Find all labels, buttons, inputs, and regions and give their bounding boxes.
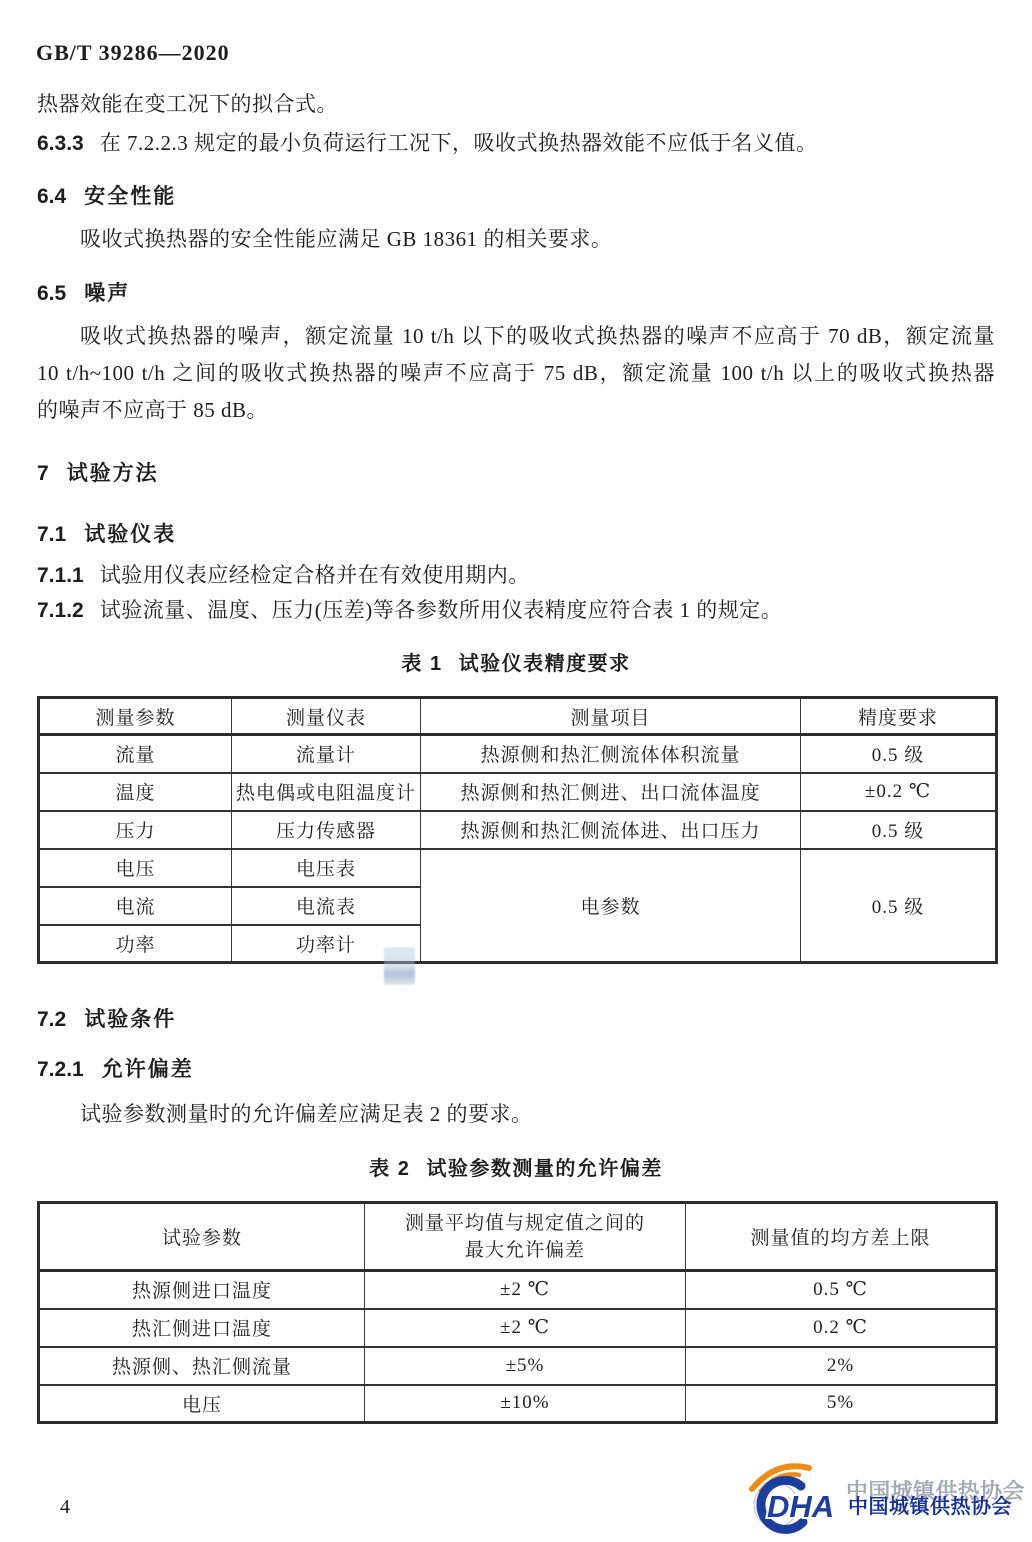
table-cell: ±10% [365, 1385, 686, 1423]
document-page: GB/T 39286—2020 热器效能在变工况下的拟合式。 6.3.3在 7.… [0, 0, 1032, 1542]
heading-number: 7 [37, 462, 49, 485]
table-row: 电压 电压表 电参数 0.5 级 [39, 849, 997, 887]
heading-7-2-1: 7.2.1允许偏差 [37, 1053, 995, 1083]
paragraph-line: 吸收式换热器的噪声，额定流量 10 t/h 以下的吸收式换热器的噪声不应高于 7… [37, 318, 995, 355]
paragraph-6-5: 吸收式换热器的噪声，额定流量 10 t/h 以下的吸收式换热器的噪声不应高于 7… [37, 318, 995, 429]
table-cell: ±5% [365, 1347, 686, 1385]
heading-title: 安全性能 [84, 185, 176, 208]
org-name: 中国城镇供热协会 中国城镇供热协会 [848, 1488, 1023, 1532]
heading-number: 7.1 [37, 523, 66, 546]
paragraph-6-4: 吸收式换热器的安全性能应满足 GB 18361 的相关要求。 [37, 227, 995, 251]
table-cell: 5% [686, 1385, 997, 1423]
table-row: 压力 压力传感器 热源侧和热汇侧流体进、出口压力 0.5 级 [39, 811, 997, 849]
table-cell: ±2 ℃ [365, 1271, 686, 1309]
table-instrument-accuracy: 测量参数 测量仪表 测量项目 精度要求 流量 流量计 热源侧和热汇侧流体体积流量… [37, 696, 998, 964]
column-header: 测量仪表 [232, 698, 421, 735]
table-cell-merged: 0.5 级 [801, 849, 997, 963]
table-cell: 流量计 [232, 735, 421, 773]
table-row: 流量 流量计 热源侧和热汇侧流体体积流量 0.5 级 [39, 735, 997, 773]
cdha-logo-icon: DHA [745, 1456, 855, 1538]
clause-number: 7.1.2 [37, 599, 84, 622]
paragraph-carryover: 热器效能在变工况下的拟合式。 [37, 92, 995, 116]
clause-7-1-2: 7.1.2试验流量、温度、压力(压差)等各参数所用仪表精度应符合表 1 的规定。 [37, 598, 995, 623]
column-header: 精度要求 [801, 698, 997, 735]
heading-6-4: 6.4安全性能 [37, 180, 995, 210]
heading-title: 试验方法 [67, 462, 159, 485]
table-cell: 电压 [39, 1385, 365, 1423]
heading-7: 7试验方法 [37, 457, 995, 487]
paragraph-line: 10 t/h~100 t/h 之间的吸收式换热器的噪声不应高于 75 dB，额定… [37, 355, 995, 392]
table-allowed-deviation: 试验参数 测量平均值与规定值之间的 最大允许偏差 测量值的均方差上限 热源侧进口… [37, 1201, 998, 1424]
table-cell: 0.5 ℃ [686, 1271, 997, 1309]
table-cell: 电压 [39, 849, 232, 887]
heading-title: 试验仪表 [84, 523, 176, 546]
clause-text: 试验用仪表应经检定合格并在有效使用期内。 [100, 563, 530, 587]
heading-number: 6.5 [37, 282, 66, 305]
clause-6-3-3: 6.3.3在 7.2.2.3 规定的最小负荷运行工况下，吸收式换热器效能不应低于… [37, 131, 995, 156]
table-header-row: 测量参数 测量仪表 测量项目 精度要求 [39, 698, 997, 735]
table-cell: 电压表 [232, 849, 421, 887]
table-cell: 热电偶或电阻温度计 [232, 773, 421, 811]
table-cell: 热源侧和热汇侧流体进、出口压力 [421, 811, 801, 849]
heading-title: 试验条件 [84, 1008, 176, 1031]
paragraph-line: 的噪声不应高于 85 dB。 [37, 392, 995, 429]
table-cell: 电流表 [232, 887, 421, 925]
table-cell: 2% [686, 1347, 997, 1385]
table-cell: 0.5 级 [801, 811, 997, 849]
cdha-logo: DHA 中国城镇供热协会 中国城镇供热协会 [745, 1456, 1025, 1538]
table-cell: 功率 [39, 925, 232, 963]
table-cell: 0.5 级 [801, 735, 997, 773]
table-cell: 流量 [39, 735, 232, 773]
table-cell-merged: 电参数 [421, 849, 801, 963]
table-cell: ±0.2 ℃ [801, 773, 997, 811]
page-number: 4 [60, 1496, 70, 1519]
table-row: 电压 ±10% 5% [39, 1385, 997, 1423]
table-row: 热源侧进口温度 ±2 ℃ 0.5 ℃ [39, 1271, 997, 1309]
heading-7-1: 7.1试验仪表 [37, 518, 995, 548]
table-cell: 温度 [39, 773, 232, 811]
table-cell: ±2 ℃ [365, 1309, 686, 1347]
clause-7-1-1: 7.1.1试验用仪表应经检定合格并在有效使用期内。 [37, 563, 995, 588]
column-header-line: 测量平均值与规定值之间的 [369, 1210, 681, 1237]
table-cell: 热源侧和热汇侧流体体积流量 [421, 735, 801, 773]
heading-7-2: 7.2试验条件 [37, 1003, 995, 1033]
column-header: 测量项目 [421, 698, 801, 735]
heading-6-5: 6.5噪声 [37, 277, 995, 307]
table-cell: 热源侧进口温度 [39, 1271, 365, 1309]
clause-text: 在 7.2.2.3 规定的最小负荷运行工况下，吸收式换热器效能不应低于名义值。 [100, 131, 818, 155]
heading-number: 6.4 [37, 185, 66, 208]
paragraph-7-2-1: 试验参数测量时的允许偏差应满足表 2 的要求。 [37, 1102, 995, 1126]
logo-abbr-text: DHA [767, 1489, 834, 1524]
table-cell: 压力传感器 [232, 811, 421, 849]
table-row: 热汇侧进口温度 ±2 ℃ 0.2 ℃ [39, 1309, 997, 1347]
table-cell: 热汇侧进口温度 [39, 1309, 365, 1347]
table-row: 热源侧、热汇侧流量 ±5% 2% [39, 1347, 997, 1385]
table-caption-label: 表 1 [401, 653, 442, 675]
watermark-stamp [384, 947, 415, 985]
table-cell: 热源侧、热汇侧流量 [39, 1347, 365, 1385]
clause-number: 6.3.3 [37, 132, 84, 155]
table-row: 温度 热电偶或电阻温度计 热源侧和热汇侧进、出口流体温度 ±0.2 ℃ [39, 773, 997, 811]
column-header: 试验参数 [39, 1203, 365, 1271]
heading-number: 7.2 [37, 1008, 66, 1031]
column-header: 测量值的均方差上限 [686, 1203, 997, 1271]
heading-title: 噪声 [84, 282, 130, 305]
table-cell: 压力 [39, 811, 232, 849]
table2-caption: 表 2试验参数测量的允许偏差 [37, 1152, 995, 1181]
heading-number: 7.2.1 [37, 1058, 84, 1081]
column-header: 测量参数 [39, 698, 232, 735]
table-header-row: 试验参数 测量平均值与规定值之间的 最大允许偏差 测量值的均方差上限 [39, 1203, 997, 1271]
table1-caption: 表 1试验仪表精度要求 [37, 647, 995, 676]
doc-number: GB/T 39286—2020 [36, 40, 230, 66]
clause-number: 7.1.1 [37, 564, 84, 587]
table-caption-title: 试验参数测量的允许偏差 [426, 1158, 663, 1180]
column-header: 测量平均值与规定值之间的 最大允许偏差 [365, 1203, 686, 1271]
heading-title: 允许偏差 [102, 1058, 194, 1081]
table-cell: 电流 [39, 887, 232, 925]
clause-text: 试验流量、温度、压力(压差)等各参数所用仪表精度应符合表 1 的规定。 [100, 598, 782, 622]
table-cell: 热源侧和热汇侧进、出口流体温度 [421, 773, 801, 811]
column-header-line: 最大允许偏差 [369, 1237, 681, 1264]
table-cell: 0.2 ℃ [686, 1309, 997, 1347]
org-name-text: 中国城镇供热协会 [848, 1490, 1012, 1519]
table-caption-title: 试验仪表精度要求 [459, 653, 631, 675]
table-caption-label: 表 2 [369, 1158, 410, 1180]
